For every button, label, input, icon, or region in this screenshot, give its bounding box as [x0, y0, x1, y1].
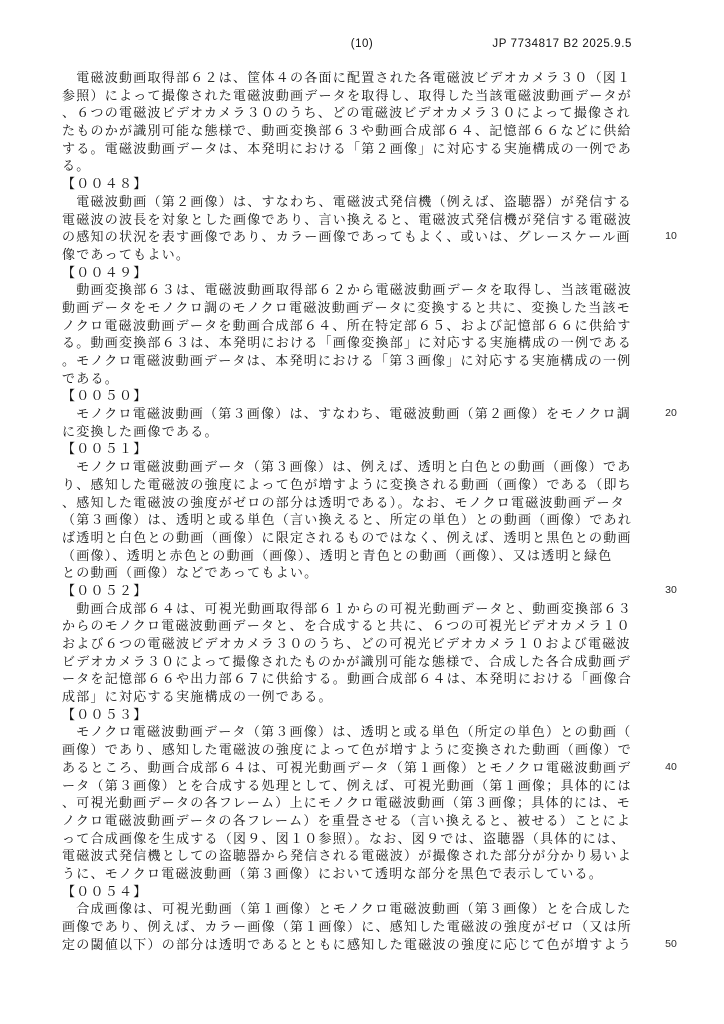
text-line: る。動画変換部６３は、本発明における「画像変換部」に対応する実施構成の一例である [62, 334, 642, 352]
paragraph-number: 【００４９】 [62, 264, 642, 282]
text-line: ノクロ電磁波動画データの各フレーム）を重畳させる（言い換えると、被せる）ことによ [62, 812, 642, 830]
text-line: 電磁波の波長を対象とした画像であり、言い換えると、電磁波式発信機が発信する電磁波 [62, 211, 642, 229]
text-line: 電磁波動画取得部６２は、筐体４の各面に配置された各電磁波ビデオカメラ３０（図１ [62, 69, 642, 87]
text-line: る。 [62, 157, 642, 175]
text-line: ビデオカメラ３０によって撮像されたものかが識別可能な態様で、合成した各合成動画デ [62, 653, 642, 671]
text-line: 動画変換部６３は、電磁波動画取得部６２から電磁波動画データを取得し、当該電磁波 [62, 281, 642, 299]
text-line: からのモノクロ電磁波動画データと、を合成すると共に、６つの可視光ビデオカメラ１０ [62, 617, 642, 635]
text-line: 、感知した電磁波の強度がゼロの部分は透明である）。なお、モノクロ電磁波動画データ [62, 494, 642, 512]
text-line: 定の閾値以下）の部分は透明であるとともに感知した電磁波の強度に応じて色が増すよう [62, 936, 642, 954]
margin-line-number: 20 [658, 405, 684, 423]
margin-line-number: 40 [658, 759, 684, 777]
text-line: 参照）によって撮像された電磁波動画データを取得し、取得した当該電磁波動画データが [62, 87, 642, 105]
text-line: 動画データをモノクロ調のモノクロ電磁波動画データに変換すると共に、変換した当該モ [62, 299, 642, 317]
text-line: モノクロ電磁波動画データ（第３画像）は、例えば、透明と白色との動画（画像）であ [62, 458, 642, 476]
text-line: 画像であり、例えば、カラー画像（第１画像）に、感知した電磁波の強度がゼロ（又は所 [62, 918, 642, 936]
paragraph-number: 【００５３】 [62, 706, 642, 724]
margin-line-number: 30 [658, 582, 684, 600]
text-line: ータを記憶部６６や出力部６７に供給する。動画合成部６４は、本発明における「画像合 [62, 670, 642, 688]
paragraph-number: 【００５４】 [62, 883, 642, 901]
text-line: 電磁波式発信機としての盗聴器から発信される電磁波）が撮像された部分が分かり易いよ [62, 847, 642, 865]
text-line: 動画合成部６４は、可視光動画取得部６１からの可視光動画データと、動画変換部６３ [62, 600, 642, 618]
text-line: モノクロ電磁波動画データ（第３画像）は、透明と或る単色（所定の単色）との動画（ [62, 723, 642, 741]
publication-number: JP 7734817 B2 2025.9.5 [492, 36, 632, 52]
text-line: 。モノクロ電磁波動画データは、本発明における「第３画像」に対応する実施構成の一例 [62, 352, 642, 370]
paragraph-number: 【００５２】 [62, 582, 642, 600]
paragraph-number: 【００４８】 [62, 175, 642, 193]
page-header: (10) JP 7734817 B2 2025.9.5 [0, 36, 724, 52]
text-line: たものかが識別可能な態様で、動画変換部６３や動画合成部６４、記憶部６６などに供給 [62, 122, 642, 140]
document-body: 電磁波動画取得部６２は、筐体４の各面に配置された各電磁波ビデオカメラ３０（図１参… [62, 69, 642, 953]
text-line: の感知の状況を表す画像であり、カラー画像であってもよく、或いは、グレースケール画 [62, 228, 642, 246]
paragraph-number: 【００５１】 [62, 440, 642, 458]
text-line: である。 [62, 370, 642, 388]
text-line: 、６つの電磁波ビデオカメラ３０のうち、どの電磁波ビデオカメラ３０によって撮像され [62, 104, 642, 122]
margin-line-number: 10 [658, 228, 684, 246]
text-line: 像であってもよい。 [62, 246, 642, 264]
text-line: って合成画像を生成する（図９、図１０参照）。なお、図９では、盗聴器（具体的には、 [62, 830, 642, 848]
text-line: ータ（第３画像）とを合成する処理として、例えば、可視光動画（第１画像；具体的には [62, 777, 642, 795]
text-line: および６つの電磁波ビデオカメラ３０のうち、どの可視光ビデオカメラ１０および電磁波 [62, 635, 642, 653]
text-line: （画像）、透明と赤色との動画（画像）、透明と青色との動画（画像）、又は透明と緑色 [62, 547, 642, 565]
text-line: （第３画像）は、透明と或る単色（言い換えると、所定の単色）との動画（画像）であれ [62, 511, 642, 529]
text-line: 電磁波動画（第２画像）は、すなわち、電磁波式発信機（例えば、盗聴器）が発信する [62, 193, 642, 211]
text-line: ノクロ電磁波動画データを動画合成部６４、所在特定部６５、および記憶部６６に供給す [62, 317, 642, 335]
text-line: うに、モノクロ電磁波動画（第３画像）において透明な部分を黒色で表示している。 [62, 865, 642, 883]
text-line: 、可視光動画データの各フレーム）上にモノクロ電磁波動画（第３画像；具体的には、モ [62, 794, 642, 812]
text-line: あるところ、動画合成部６４は、可視光動画データ（第１画像）とモノクロ電磁波動画デ [62, 759, 642, 777]
text-line: する。電磁波動画データは、本発明における「第２画像」に対応する実施構成の一例であ [62, 140, 642, 158]
text-line: 画像）であり、感知した電磁波の強度によって色が増すように変換された動画（画像）で [62, 741, 642, 759]
text-line: り、感知した電磁波の強度によって色が増すように変換される動画（画像）である（即ち [62, 476, 642, 494]
paragraph-number: 【００５０】 [62, 387, 642, 405]
text-line: 成部」に対応する実施構成の一例である。 [62, 688, 642, 706]
text-line: ば透明と白色との動画（画像）に限定されるものではなく、例えば、透明と黒色との動画 [62, 529, 642, 547]
margin-line-number: 50 [658, 936, 684, 954]
text-line: に変換した画像である。 [62, 423, 642, 441]
text-line: との動画（画像）などであってもよい。 [62, 564, 642, 582]
patent-page: (10) JP 7734817 B2 2025.9.5 電磁波動画取得部６２は、… [0, 0, 724, 1024]
text-line: モノクロ電磁波動画（第３画像）は、すなわち、電磁波動画（第２画像）をモノクロ調 [62, 405, 642, 423]
text-line: 合成画像は、可視光動画（第１画像）とモノクロ電磁波動画（第３画像）とを合成した [62, 900, 642, 918]
